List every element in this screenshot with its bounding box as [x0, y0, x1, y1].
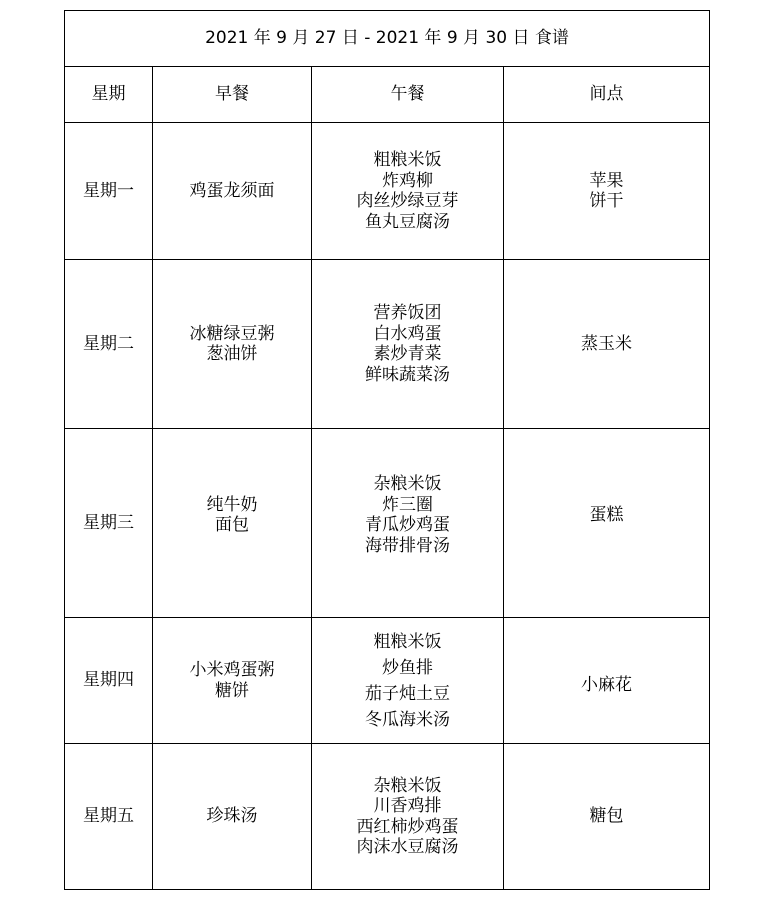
menu-item: 杂粮米饭	[312, 474, 503, 495]
menu-item: 面包	[153, 515, 311, 536]
table-row: 星期四 小米鸡蛋粥 糖饼 粗粮米饭 炒鱼排 茄子炖土豆 冬瓜海米汤 小麻花	[65, 618, 710, 744]
menu-item: 杂粮米饭	[312, 776, 503, 797]
day-cell: 星期三	[65, 429, 153, 618]
breakfast-cell: 小米鸡蛋粥 糖饼	[153, 618, 312, 744]
header-breakfast: 早餐	[153, 67, 312, 123]
breakfast-cell: 纯牛奶 面包	[153, 429, 312, 618]
breakfast-cell: 冰糖绿豆粥 葱油饼	[153, 260, 312, 429]
menu-item: 鲜味蔬菜汤	[312, 365, 503, 386]
menu-item: 葱油饼	[153, 344, 311, 365]
header-snack: 间点	[504, 67, 710, 123]
header-row: 星期 早餐 午餐 间点	[65, 67, 710, 123]
day-cell: 星期五	[65, 744, 153, 890]
menu-item: 糖包	[504, 806, 709, 827]
menu-item: 饼干	[504, 191, 709, 212]
menu-item: 纯牛奶	[153, 495, 311, 516]
menu-item: 白水鸡蛋	[312, 324, 503, 345]
snack-cell: 苹果 饼干	[504, 123, 710, 260]
menu-item: 西红柿炒鸡蛋	[312, 817, 503, 838]
menu-item: 苹果	[504, 171, 709, 192]
header-lunch: 午餐	[312, 67, 504, 123]
day-cell: 星期四	[65, 618, 153, 744]
menu-item: 炸鸡柳	[312, 171, 503, 192]
table-row: 星期一 鸡蛋龙须面 粗粮米饭 炸鸡柳 肉丝炒绿豆芽 鱼丸豆腐汤 苹果 饼干	[65, 123, 710, 260]
menu-item: 小麻花	[504, 675, 709, 696]
weekly-menu-table: 2021 年 9 月 27 日 - 2021 年 9 月 30 日 食谱 星期 …	[64, 10, 710, 890]
snack-cell: 蒸玉米	[504, 260, 710, 429]
menu-item: 青瓜炒鸡蛋	[312, 515, 503, 536]
breakfast-cell: 鸡蛋龙须面	[153, 123, 312, 260]
table-row: 星期五 珍珠汤 杂粮米饭 川香鸡排 西红柿炒鸡蛋 肉沫水豆腐汤 糖包	[65, 744, 710, 890]
menu-item: 粗粮米饭	[312, 629, 503, 655]
menu-item: 冬瓜海米汤	[312, 707, 503, 733]
snack-cell: 蛋糕	[504, 429, 710, 618]
lunch-cell: 粗粮米饭 炸鸡柳 肉丝炒绿豆芽 鱼丸豆腐汤	[312, 123, 504, 260]
menu-item: 冰糖绿豆粥	[153, 324, 311, 345]
table-row: 星期二 冰糖绿豆粥 葱油饼 营养饭团 白水鸡蛋 素炒青菜 鲜味蔬菜汤 蒸玉米	[65, 260, 710, 429]
menu-item: 糖饼	[153, 681, 311, 702]
menu-item: 鱼丸豆腐汤	[312, 212, 503, 233]
menu-item: 粗粮米饭	[312, 150, 503, 171]
menu-title: 2021 年 9 月 27 日 - 2021 年 9 月 30 日 食谱	[65, 11, 710, 67]
menu-item: 鸡蛋龙须面	[153, 181, 311, 202]
menu-item: 素炒青菜	[312, 344, 503, 365]
menu-item: 茄子炖土豆	[312, 681, 503, 707]
lunch-cell: 粗粮米饭 炒鱼排 茄子炖土豆 冬瓜海米汤	[312, 618, 504, 744]
snack-cell: 糖包	[504, 744, 710, 890]
day-cell: 星期一	[65, 123, 153, 260]
lunch-cell: 营养饭团 白水鸡蛋 素炒青菜 鲜味蔬菜汤	[312, 260, 504, 429]
menu-item: 炸三圈	[312, 495, 503, 516]
menu-item: 蒸玉米	[504, 334, 709, 355]
breakfast-cell: 珍珠汤	[153, 744, 312, 890]
day-cell: 星期二	[65, 260, 153, 429]
menu-item: 珍珠汤	[153, 806, 311, 827]
header-day: 星期	[65, 67, 153, 123]
menu-item: 小米鸡蛋粥	[153, 660, 311, 681]
menu-item: 肉丝炒绿豆芽	[312, 191, 503, 212]
snack-cell: 小麻花	[504, 618, 710, 744]
menu-item: 蛋糕	[504, 505, 709, 526]
menu-item: 营养饭团	[312, 303, 503, 324]
title-row: 2021 年 9 月 27 日 - 2021 年 9 月 30 日 食谱	[65, 11, 710, 67]
lunch-cell: 杂粮米饭 炸三圈 青瓜炒鸡蛋 海带排骨汤	[312, 429, 504, 618]
table-row: 星期三 纯牛奶 面包 杂粮米饭 炸三圈 青瓜炒鸡蛋 海带排骨汤 蛋糕	[65, 429, 710, 618]
lunch-cell: 杂粮米饭 川香鸡排 西红柿炒鸡蛋 肉沫水豆腐汤	[312, 744, 504, 890]
menu-item: 炒鱼排	[312, 655, 503, 681]
menu-item: 肉沫水豆腐汤	[312, 837, 503, 858]
menu-item: 海带排骨汤	[312, 536, 503, 557]
menu-item: 川香鸡排	[312, 796, 503, 817]
